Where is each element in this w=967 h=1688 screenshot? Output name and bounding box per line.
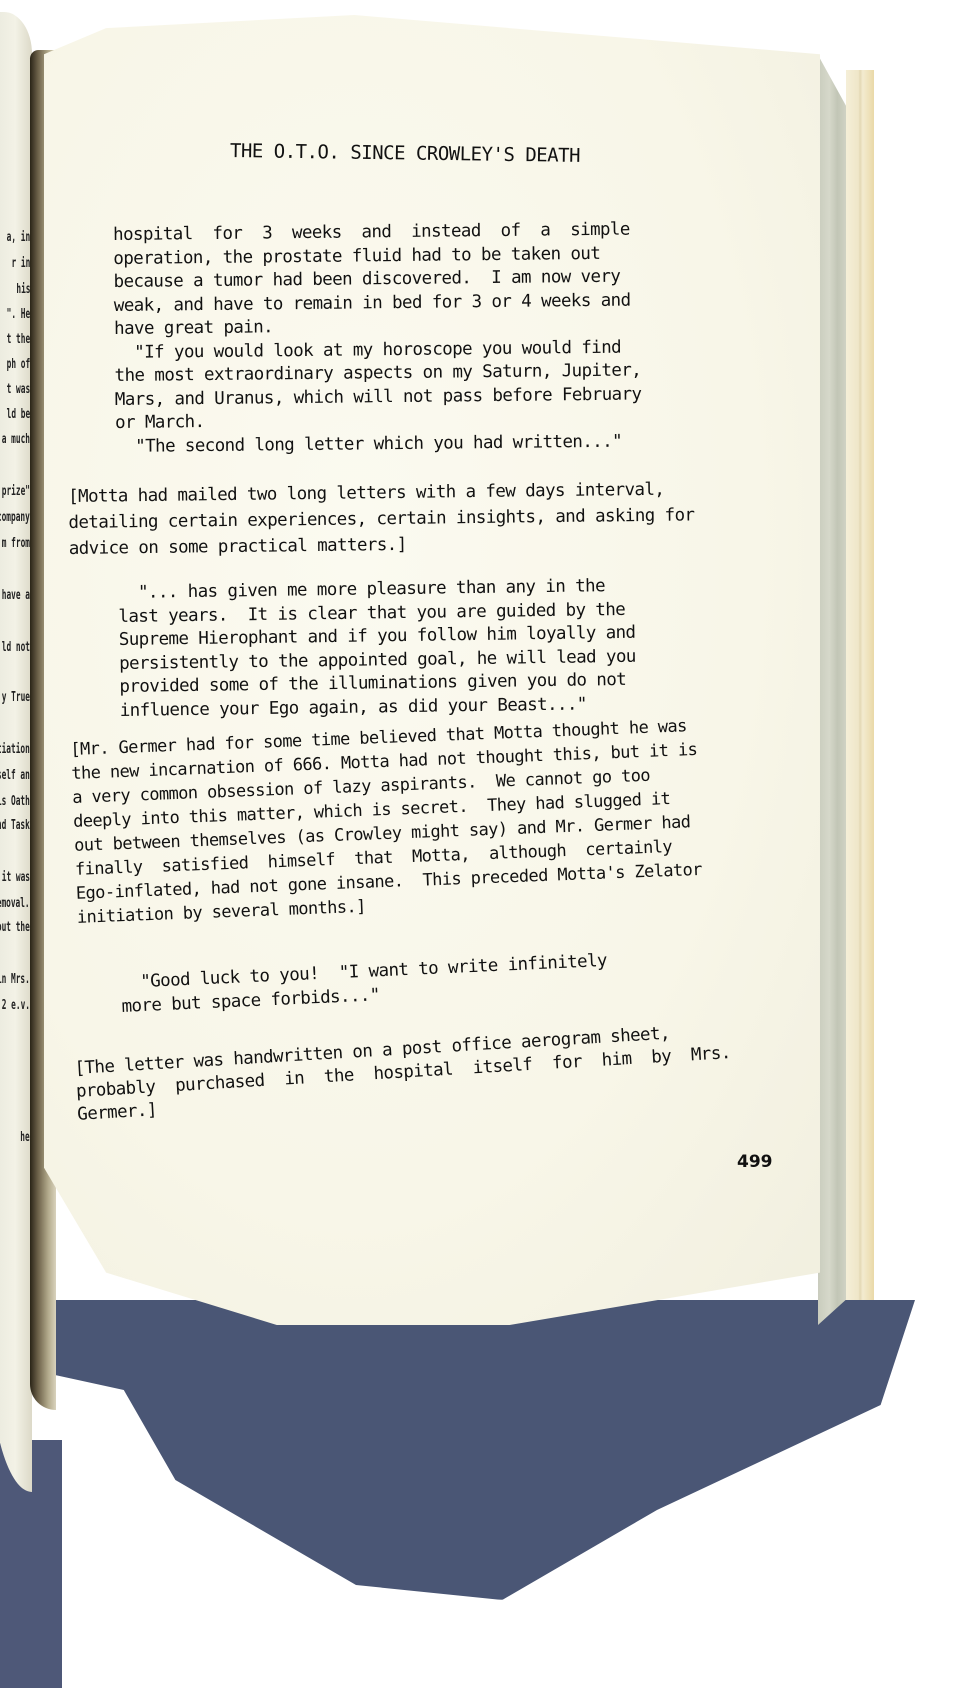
previous-page-text-fragment: m from xyxy=(2,536,30,551)
previous-page-text-fragment: a much xyxy=(2,432,30,447)
previous-page-text-fragment: nd Task xyxy=(0,818,30,833)
page-stack-edge-cream xyxy=(846,70,874,1300)
previous-page-text-fragment: is Oath xyxy=(0,794,30,809)
page-number: 499 xyxy=(737,1152,773,1172)
book-shadow xyxy=(55,1300,915,1600)
previous-page-text-fragment: it was xyxy=(2,870,30,885)
previous-page-text-fragment: company xyxy=(0,510,30,525)
previous-page-text-fragment: t was xyxy=(7,382,30,397)
paragraph-letter-continuation: hospital for 3 weeks and instead of a si… xyxy=(113,218,642,459)
previous-page-text-fragment: prize" xyxy=(2,484,30,499)
previous-page-text-fragment: ld be xyxy=(7,407,30,422)
previous-page-text-fragment: ld not xyxy=(2,640,30,655)
previous-page-edge: a, inr inhis". Het theph oft wasld bea m… xyxy=(0,12,32,1492)
previous-page-text-fragment: ". He xyxy=(7,307,30,322)
previous-page-text-fragment: 2 e.v. xyxy=(2,998,30,1013)
page-stack-edge xyxy=(818,55,846,1325)
paragraph-editorial-note-2: [Mr. Germer had for some time believed t… xyxy=(70,714,703,930)
previous-page-text-fragment: out the xyxy=(0,920,30,935)
previous-page-text-fragment: in Mrs. xyxy=(0,972,30,987)
previous-page-text-fragment: self an xyxy=(0,768,30,783)
previous-page-text-fragment: a, in xyxy=(7,230,30,245)
previous-page-text-fragment: r in xyxy=(11,256,30,271)
paragraph-editorial-note-1: [Motta had mailed two long letters with … xyxy=(68,476,695,562)
previous-page-text-fragment: y True xyxy=(2,690,30,705)
previous-page-text-fragment: his xyxy=(16,282,30,297)
paragraph-letter-quote-2: "... has given me more pleasure than any… xyxy=(118,575,637,723)
previous-page-text-fragment: removal. xyxy=(0,896,30,911)
previous-page-text-fragment: t the xyxy=(7,332,30,347)
previous-page-text-fragment: tiation xyxy=(0,742,30,757)
previous-page-text-fragment: ph of xyxy=(7,357,30,372)
previous-page-text-fragment: he xyxy=(21,1130,30,1145)
previous-page-text-fragment: have a xyxy=(2,588,30,603)
